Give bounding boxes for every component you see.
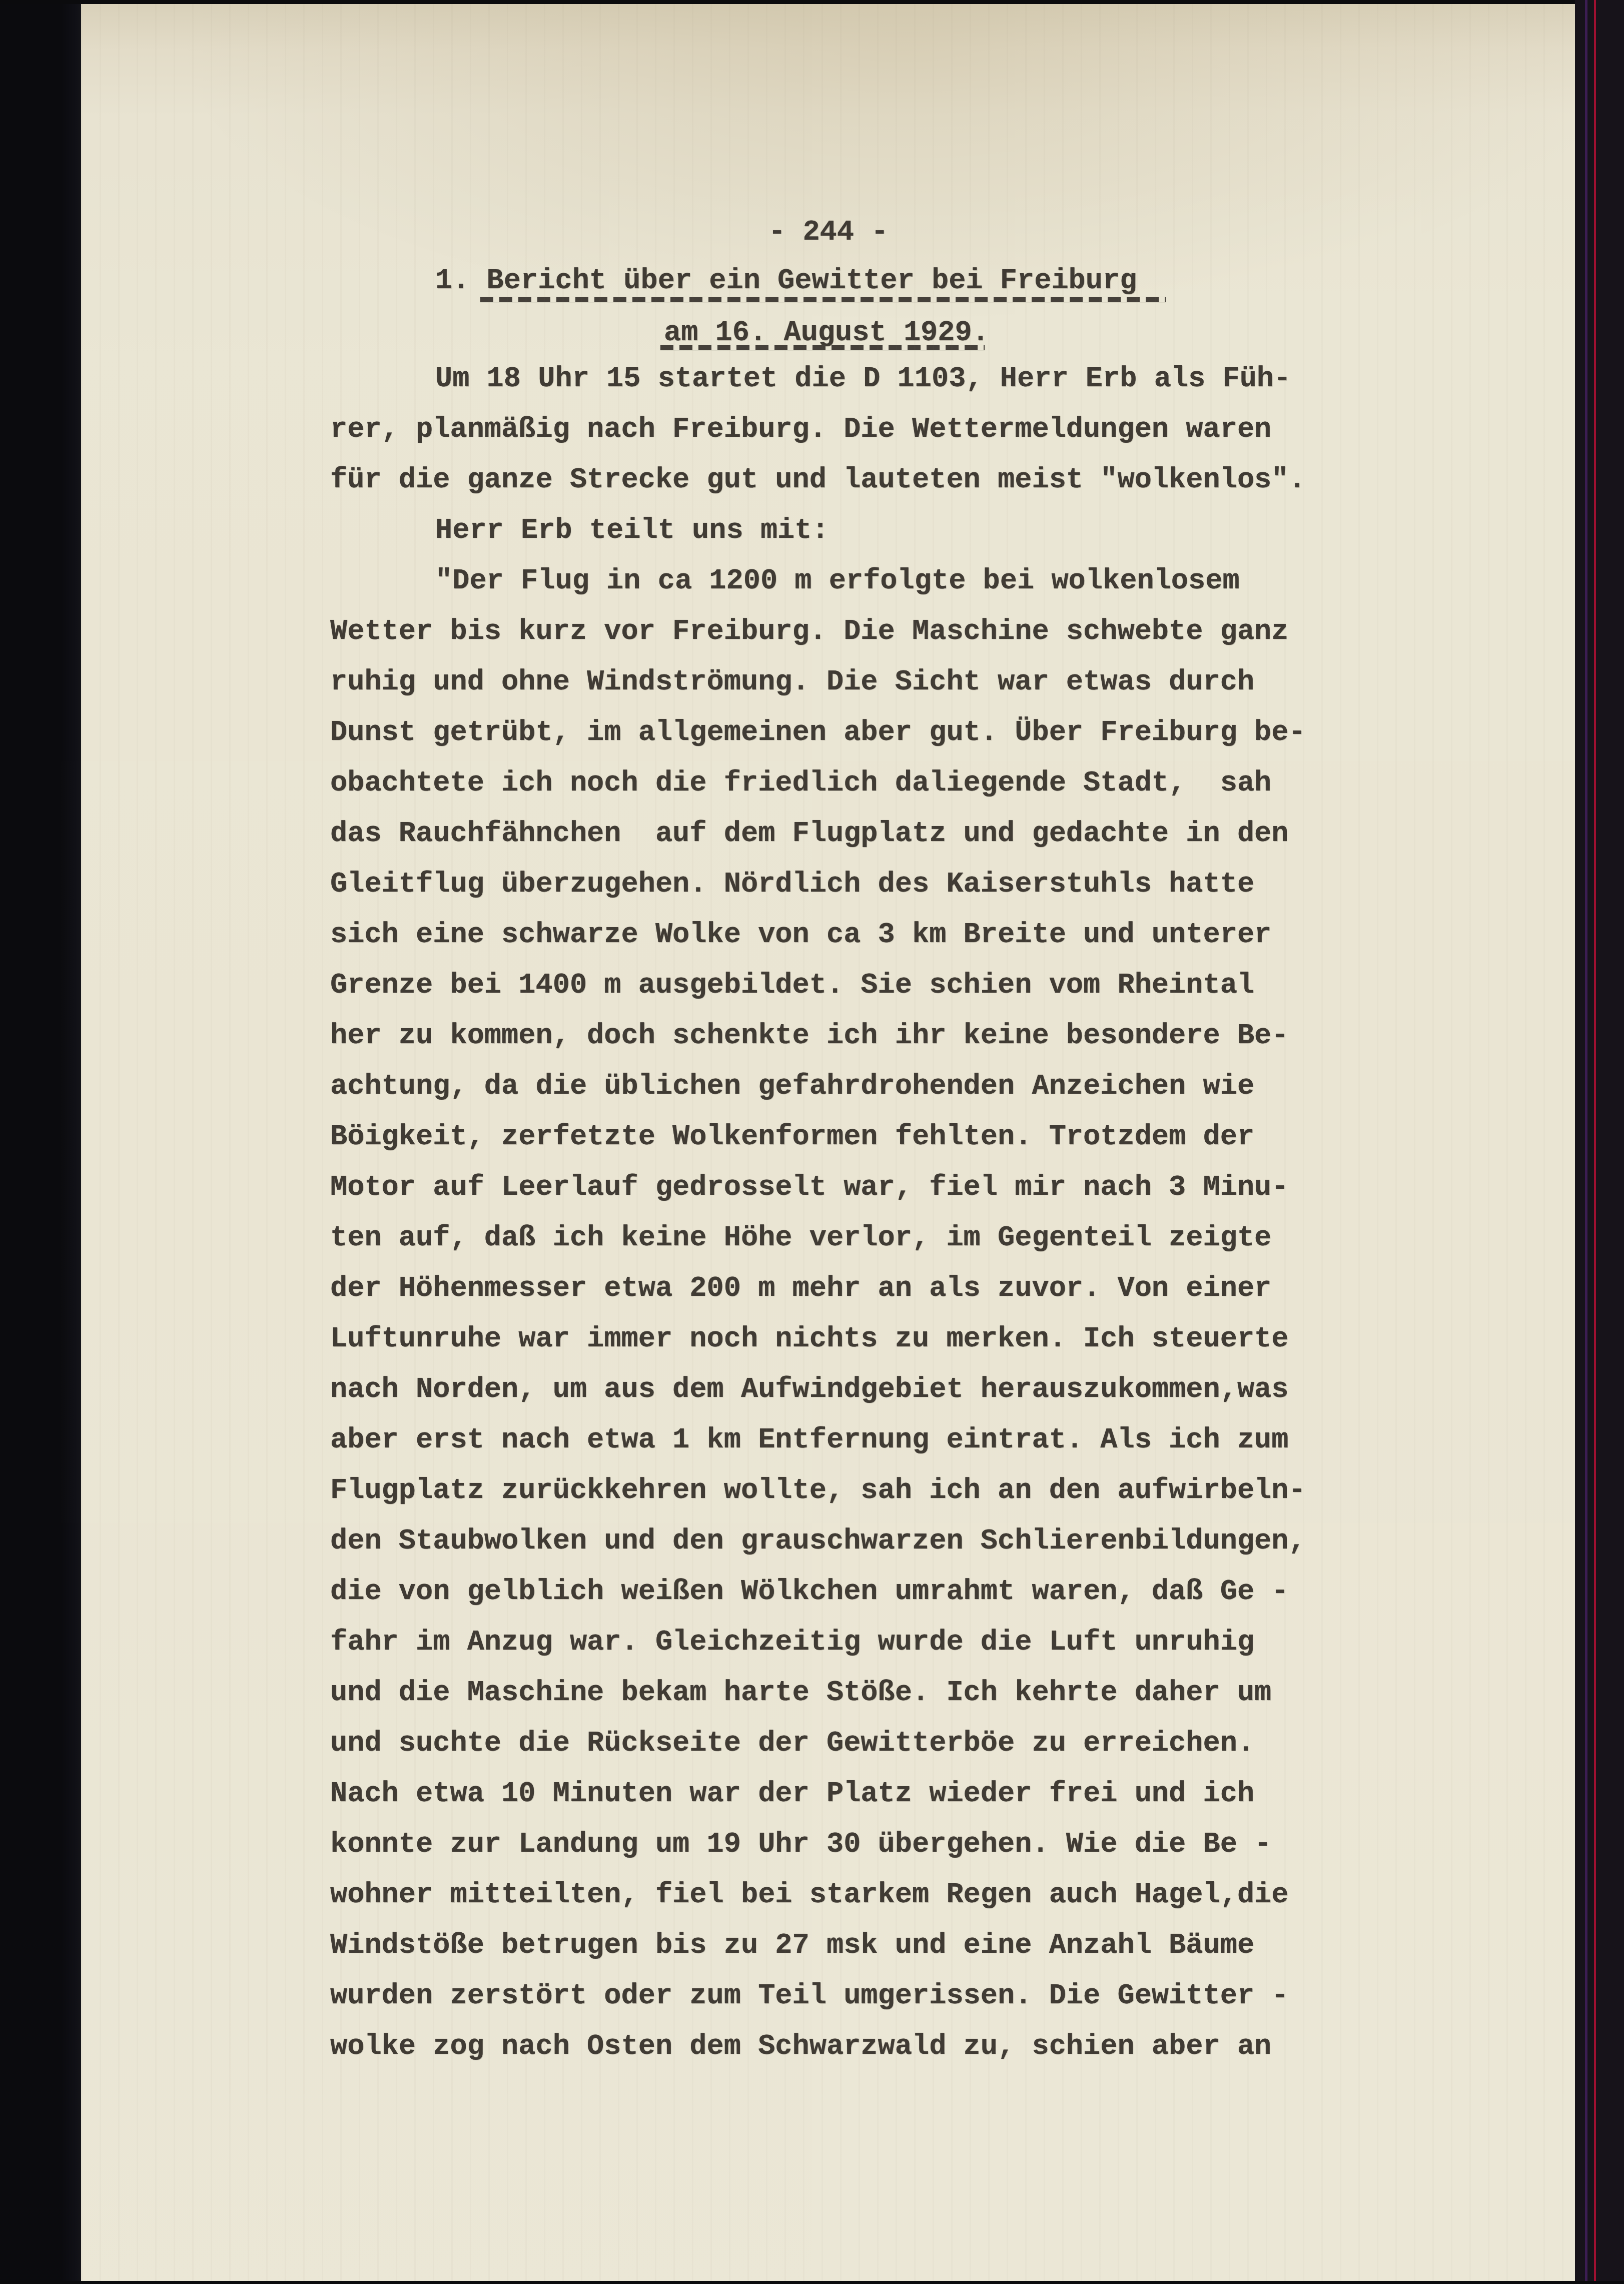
body-line: Nach etwa 10 Minuten war der Platz wiede… (330, 1780, 1431, 1831)
body-line: konnte zur Landung um 19 Uhr 30 übergehe… (330, 1831, 1431, 1881)
body-line: Wetter bis kurz vor Freiburg. Die Maschi… (330, 618, 1431, 668)
body-line: Dunst getrübt, im allgemeinen aber gut. … (330, 719, 1431, 770)
body-line: wolke zog nach Osten dem Schwarzwald zu,… (330, 2033, 1431, 2083)
body-line: und suchte die Rückseite der Gewitterböe… (330, 1730, 1431, 1780)
body-line: Böigkeit, zerfetzte Wolkenformen fehlten… (330, 1123, 1431, 1174)
body-line: der Höhenmesser etwa 200 m mehr an als z… (330, 1275, 1431, 1325)
page-number: - 244 - (768, 219, 888, 247)
body-line: "Der Flug in ca 1200 m erfolgte bei wolk… (330, 567, 1431, 618)
body-line: Luftunruhe war immer noch nichts zu merk… (330, 1325, 1431, 1376)
body-line: nach Norden, um aus dem Aufwindgebiet he… (330, 1376, 1431, 1426)
body-line: fahr im Anzug war. Gleichzeitig wurde di… (330, 1629, 1431, 1679)
date-dashed-underline (660, 345, 985, 350)
scanner-bed-top-edge (0, 0, 1624, 4)
body-line: her zu kommen, doch schenkte ich ihr kei… (330, 1022, 1431, 1073)
scanner-bed-left-edge (0, 0, 81, 2284)
title-dashed-underline (480, 297, 1166, 302)
body-line: obachtete ich noch die friedlich daliege… (330, 770, 1431, 820)
body-line: wurden zerstört oder zum Teil umgerissen… (330, 1982, 1431, 2033)
body-line: aber erst nach etwa 1 km Entfernung eint… (330, 1426, 1431, 1477)
body-line: Flugplatz zurückkehren wollte, sah ich a… (330, 1477, 1431, 1528)
body-line: achtung, da die üblichen gefahrdrohenden… (330, 1073, 1431, 1123)
film-strip-right-edge (1575, 0, 1624, 2284)
film-edge-line-red (1594, 0, 1596, 2284)
report-title: 1. Bericht über ein Gewitter bei Freibur… (435, 267, 1137, 296)
body-line: Herr Erb teilt uns mit: (330, 517, 1431, 567)
film-edge-line-purple (1585, 0, 1587, 2284)
report-date: am 16. August 1929. (664, 319, 989, 348)
body-line: den Staubwolken und den grauschwarzen Sc… (330, 1528, 1431, 1578)
body-line: wohner mitteilten, fiel bei starkem Rege… (330, 1881, 1431, 1932)
document-page: - 244 - 1. Bericht über ein Gewitter bei… (81, 4, 1575, 2281)
body-line: die von gelblich weißen Wölkchen umrahmt… (330, 1578, 1431, 1629)
body-line: ruhig und ohne Windströmung. Die Sicht w… (330, 668, 1431, 719)
body-line: sich eine schwarze Wolke von ca 3 km Bre… (330, 921, 1431, 972)
scanner-bed-bottom-edge (0, 2281, 1624, 2284)
body-line: Grenze bei 1400 m ausgebildet. Sie schie… (330, 972, 1431, 1022)
scanned-document: - 244 - 1. Bericht über ein Gewitter bei… (0, 0, 1624, 2284)
body-line: und die Maschine bekam harte Stöße. Ich … (330, 1679, 1431, 1730)
body-line: Gleitflug überzugehen. Nördlich des Kais… (330, 871, 1431, 921)
body-line: für die ganze Strecke gut und lauteten m… (330, 466, 1431, 517)
body-line: Windstöße betrugen bis zu 27 msk und ein… (330, 1932, 1431, 1982)
body-line: ten auf, daß ich keine Höhe verlor, im G… (330, 1224, 1431, 1275)
report-body: Um 18 Uhr 15 startet die D 1103, Herr Er… (330, 365, 1431, 2083)
body-line: das Rauchfähnchen auf dem Flugplatz und … (330, 820, 1431, 871)
body-line: Motor auf Leerlauf gedrosselt war, fiel … (330, 1174, 1431, 1224)
body-line: Um 18 Uhr 15 startet die D 1103, Herr Er… (330, 365, 1431, 416)
body-line: rer, planmäßig nach Freiburg. Die Wetter… (330, 416, 1431, 466)
